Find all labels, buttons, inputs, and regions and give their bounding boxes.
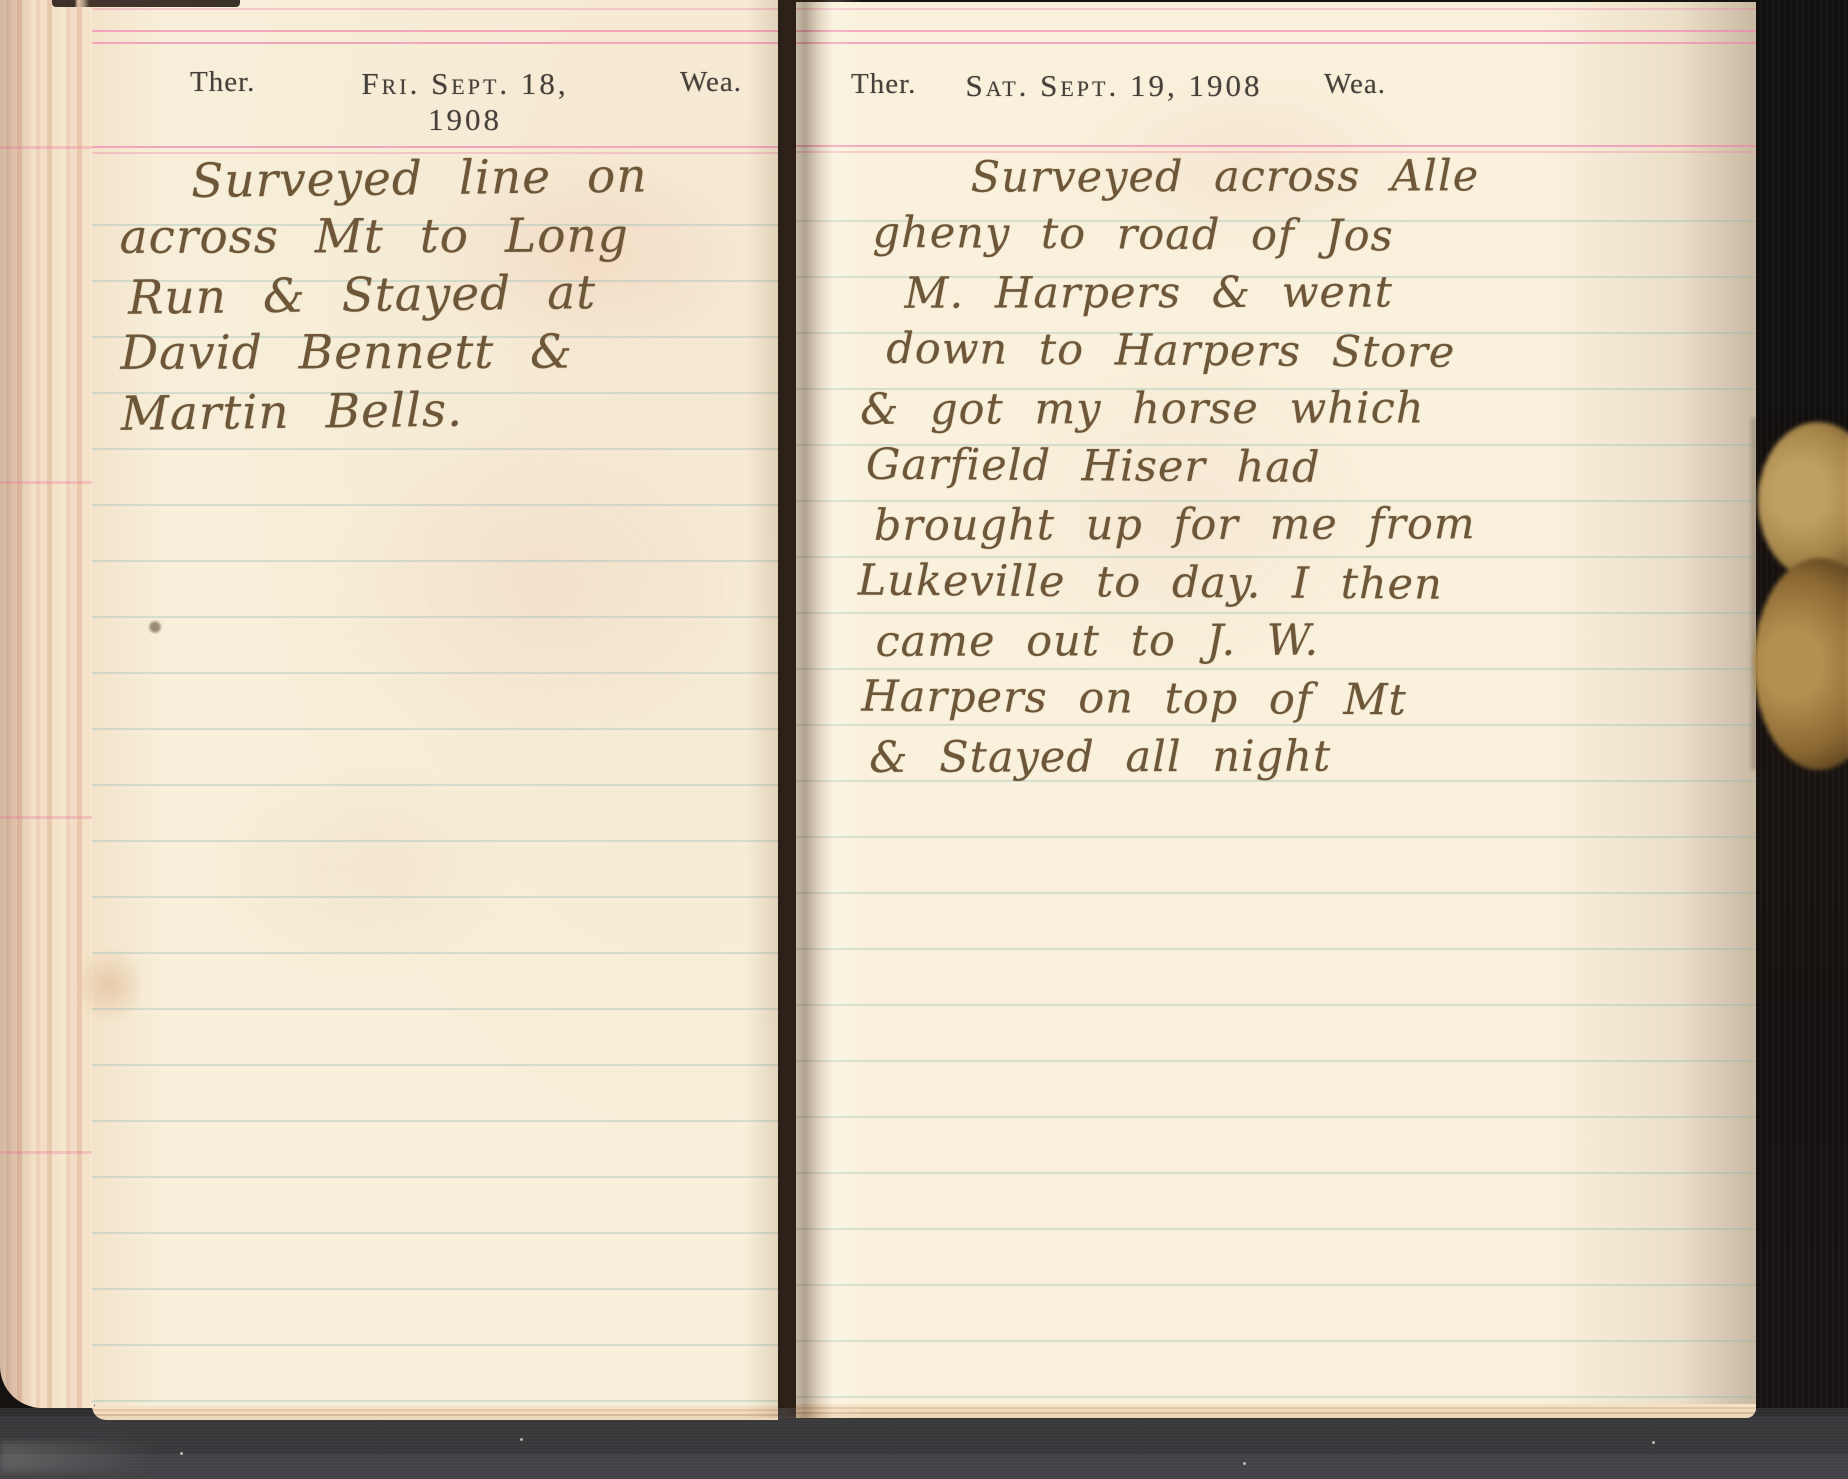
printed-header: Ther. Fri. Sept. 18, 1908 Wea. bbox=[92, 66, 778, 106]
header-rule bbox=[92, 42, 778, 44]
wea-label: Wea. bbox=[1324, 68, 1386, 101]
dust-speck bbox=[180, 1452, 183, 1455]
handwritten-line: & Stayed all night bbox=[853, 727, 1533, 787]
header-rule bbox=[796, 42, 1756, 44]
light-streak bbox=[0, 1442, 220, 1472]
dust-speck bbox=[1243, 1462, 1246, 1465]
ther-label: Ther. bbox=[190, 66, 255, 99]
handwritten-line: down to Harpers Store bbox=[854, 320, 1534, 383]
diary-entry-sept-18: Surveyed line on across Mt to Long Run &… bbox=[119, 148, 761, 442]
diary-page-left: Ther. Fri. Sept. 18, 1908 Wea. Surveyed … bbox=[92, 0, 778, 1420]
page-edge-stack bbox=[0, 0, 94, 1408]
wea-label: Wea. bbox=[680, 66, 742, 99]
handwritten-line: M. Harpers & went bbox=[854, 263, 1534, 323]
diary-page-right: Ther. Sat. Sept. 19, 1908 Wea. Surveyed … bbox=[796, 2, 1756, 1418]
handwritten-line: brought up for me from bbox=[854, 495, 1534, 555]
printed-header: Ther. Sat. Sept. 19, 1908 Wea. bbox=[796, 68, 1756, 108]
handwritten-line: & got my horse which bbox=[854, 379, 1534, 439]
handwritten-line: Garfield Hiser had bbox=[854, 436, 1534, 499]
date-heading: Fri. Sept. 18, 1908 bbox=[320, 66, 610, 138]
handwritten-line: Martin Bells. bbox=[120, 378, 761, 444]
handwritten-line: came out to J. W. bbox=[853, 611, 1533, 671]
handwritten-line: David Bennett & bbox=[120, 323, 760, 383]
handwritten-line: Surveyed line on bbox=[119, 146, 760, 212]
header-rule bbox=[796, 30, 1756, 32]
clasp-knob-bottom bbox=[1754, 558, 1848, 770]
date-heading: Sat. Sept. 19, 1908 bbox=[964, 68, 1264, 104]
page-bottom-edges bbox=[92, 1406, 778, 1420]
diary-entry-sept-19: Surveyed across Alle gheny to road of Jo… bbox=[853, 147, 1535, 787]
diary-scan: Ther. Fri. Sept. 18, 1908 Wea. Surveyed … bbox=[0, 0, 1848, 1479]
header-rule bbox=[92, 30, 778, 32]
brass-clasp bbox=[1752, 418, 1848, 770]
handwritten-line: gheny to road of Jos bbox=[854, 204, 1534, 267]
page-bottom-edges bbox=[796, 1404, 1756, 1418]
handwritten-line: Surveyed across Alle bbox=[855, 147, 1535, 207]
ther-label: Ther. bbox=[851, 68, 916, 101]
handwritten-line: Run & Stayed at bbox=[120, 262, 761, 328]
handwritten-line: Lukeville to day. I then bbox=[854, 552, 1534, 615]
dust-speck bbox=[520, 1438, 523, 1441]
header-rule bbox=[92, 8, 778, 10]
handwritten-line: Harpers on top of Mt bbox=[853, 668, 1533, 731]
top-edge-smudge bbox=[52, 0, 240, 7]
clasp-knob-top bbox=[1758, 422, 1848, 580]
header-rule bbox=[796, 8, 1756, 10]
handwritten-line: across Mt to Long bbox=[120, 207, 760, 267]
dust-speck bbox=[1652, 1441, 1655, 1444]
